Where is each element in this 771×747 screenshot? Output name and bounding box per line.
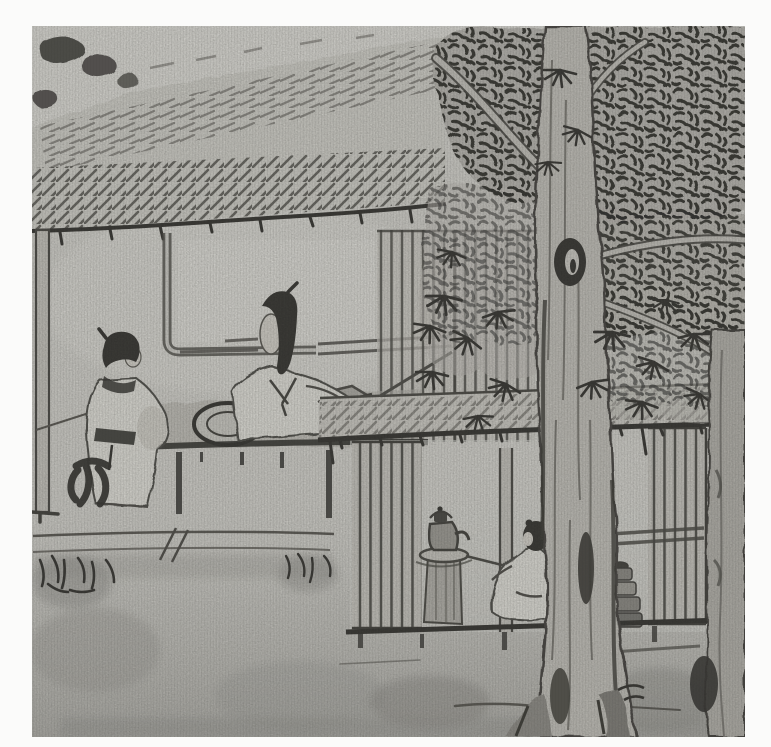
painting-reproduction [0,0,771,747]
scanline-texture [32,26,745,737]
ink-painting [0,0,771,747]
